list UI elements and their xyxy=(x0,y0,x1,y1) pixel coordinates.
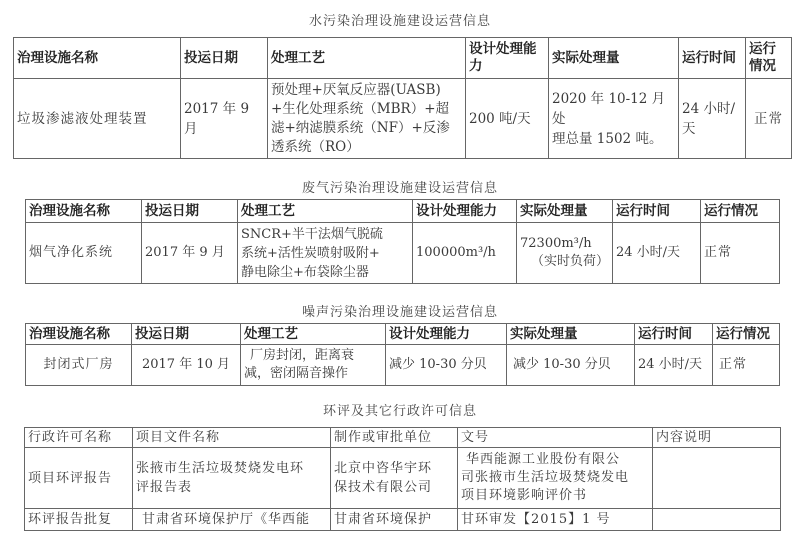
document-line: 项目环境影响评价书 xyxy=(461,487,649,505)
header-design-capacity: 设计处理能力 xyxy=(466,38,549,79)
process-line: 厂房封闭，距离衰 xyxy=(244,347,382,365)
commission-date: 2017 年 9 月 xyxy=(181,79,268,159)
facility-name: 封闭式厂房 xyxy=(26,345,132,386)
issuing-unit-line: 北京中咨华宇环 xyxy=(334,459,454,478)
table-header-row: 行政许可名称 项目文件名称 制作或审批单位 文号 内容说明 xyxy=(25,428,781,448)
file-name-line: 张掖市生活垃圾焚烧发电环 xyxy=(136,459,327,478)
design-capacity: 100000m³/h xyxy=(413,223,517,284)
file-name-line: 甘肃省环境保护厅《华西能 xyxy=(136,510,327,529)
header-commission-date: 投运日期 xyxy=(132,324,241,345)
header-permit-name: 行政许可名称 xyxy=(25,428,133,448)
run-time-cell: 24 小时/ 天 xyxy=(679,79,746,159)
actual-line: 2020 年 10-12 月处 xyxy=(552,89,675,129)
issuing-unit-line: 甘肃省环境保护 xyxy=(334,510,454,529)
permit-name: 环评报告批复 xyxy=(25,509,133,531)
permits-table-title: 环评及其它行政许可信息 xyxy=(0,404,800,420)
actual-line: 72300m³/h xyxy=(520,235,609,253)
process-cell: 厂房封闭，距离衰 减，密闭隔音操作 xyxy=(241,345,386,386)
noise-table-title: 噪声污染治理设施建设运营信息 xyxy=(0,305,800,321)
permit-name: 项目环评报告 xyxy=(25,448,133,509)
run-time: 24 小时/天 xyxy=(613,223,701,284)
header-process: 处理工艺 xyxy=(268,38,466,79)
facility-name: 烟气净化系统 xyxy=(26,223,142,284)
header-content-note: 内容说明 xyxy=(653,428,781,448)
actual-line: （实时负荷） xyxy=(520,253,609,271)
header-actual-volume: 实际处理量 xyxy=(507,324,635,345)
header-status: 运行情况 xyxy=(701,200,780,223)
process-line: 透系统（RO） xyxy=(271,138,462,157)
issuing-unit-cell: 北京中咨华宇环 保技术有限公司 xyxy=(331,448,458,509)
header-status: 运行情况 xyxy=(713,324,780,345)
status: 正常 xyxy=(713,345,780,386)
header-design-capacity: 设计处理能力 xyxy=(413,200,517,223)
status: 正常 xyxy=(746,79,792,159)
header-design-capacity: 设计处理能力 xyxy=(386,324,507,345)
file-name-cell: 甘肃省环境保护厅《华西能 xyxy=(133,509,331,531)
actual-volume-cell: 2020 年 10-12 月处 理总量 1502 吨。 xyxy=(549,79,679,159)
water-table-title: 水污染治理设施建设运营信息 xyxy=(0,14,800,30)
table-row: 封闭式厂房 2017 年 10 月 厂房封闭，距离衰 减，密闭隔音操作 减少 1… xyxy=(26,345,780,386)
status: 正常 xyxy=(701,223,780,284)
document-number-cell: 甘环审发【2015】1 号 xyxy=(458,509,653,531)
table-row: 项目环评报告 张掖市生活垃圾焚烧发电环 评报告表 北京中咨华宇环 保技术有限公司… xyxy=(25,448,781,509)
process-line: 滤+纳滤膜系统（NF）+反渗 xyxy=(271,119,462,138)
issuing-unit-line: 保技术有限公司 xyxy=(334,478,454,497)
header-actual-volume: 实际处理量 xyxy=(517,200,613,223)
air-table-title: 废气污染治理设施建设运营信息 xyxy=(0,181,800,197)
content-note xyxy=(653,509,781,531)
table-row: 环评报告批复 甘肃省环境保护厅《华西能 甘肃省环境保护 甘环审发【2015】1 … xyxy=(25,509,781,531)
header-facility-name: 治理设施名称 xyxy=(26,324,132,345)
run-time: 24 小时/天 xyxy=(635,345,713,386)
file-name-cell: 张掖市生活垃圾焚烧发电环 评报告表 xyxy=(133,448,331,509)
document-line: 华西能源工业股份有限公 xyxy=(461,451,649,469)
water-pollution-table: 治理设施名称 投运日期 处理工艺 设计处理能力 实际处理量 运行时间 运行情况 … xyxy=(13,37,792,159)
header-run-time: 运行时间 xyxy=(613,200,701,223)
header-run-time: 运行时间 xyxy=(679,38,746,79)
run-time-line: 天 xyxy=(682,119,742,139)
process-line: 静电除尘+布袋除尘器 xyxy=(241,263,409,282)
table-row: 烟气净化系统 2017 年 9 月 SNCR+半干法烟气脱硫 系统+活性炭喷射吸… xyxy=(26,223,780,284)
noise-pollution-table: 治理设施名称 投运日期 处理工艺 设计处理能力 实际处理量 运行时间 运行情况 … xyxy=(25,323,780,386)
header-facility-name: 治理设施名称 xyxy=(14,38,181,79)
header-document-number: 文号 xyxy=(458,428,653,448)
process-line: SNCR+半干法烟气脱硫 xyxy=(241,225,409,244)
commission-date: 2017 年 9 月 xyxy=(142,223,238,284)
header-commission-date: 投运日期 xyxy=(181,38,268,79)
actual-line: 理总量 1502 吨。 xyxy=(552,129,675,149)
permits-table: 行政许可名称 项目文件名称 制作或审批单位 文号 内容说明 项目环评报告 张掖市… xyxy=(24,427,781,531)
document-line: 甘环审发【2015】1 号 xyxy=(461,510,649,529)
process-line: 系统+活性炭喷射吸附+ xyxy=(241,244,409,263)
table-header-row: 治理设施名称 投运日期 处理工艺 设计处理能力 实际处理量 运行时间 运行情况 xyxy=(26,200,780,223)
process-line: +生化处理系统（MBR）+超 xyxy=(271,100,462,119)
header-status: 运行情况 xyxy=(746,38,792,79)
header-facility-name: 治理设施名称 xyxy=(26,200,142,223)
table-header-row: 治理设施名称 投运日期 处理工艺 设计处理能力 实际处理量 运行时间 运行情况 xyxy=(26,324,780,345)
table-header-row: 治理设施名称 投运日期 处理工艺 设计处理能力 实际处理量 运行时间 运行情况 xyxy=(14,38,792,79)
header-commission-date: 投运日期 xyxy=(142,200,238,223)
design-capacity: 减少 10-30 分贝 xyxy=(386,345,507,386)
header-process: 处理工艺 xyxy=(241,324,386,345)
header-process: 处理工艺 xyxy=(238,200,413,223)
process-cell: SNCR+半干法烟气脱硫 系统+活性炭喷射吸附+ 静电除尘+布袋除尘器 xyxy=(238,223,413,284)
header-actual-volume: 实际处理量 xyxy=(549,38,679,79)
process-line: 预处理+厌氧反应器(UASB) xyxy=(271,81,462,100)
design-capacity: 200 吨/天 xyxy=(466,79,549,159)
run-time-line: 24 小时/ xyxy=(682,99,742,119)
facility-name: 垃圾渗滤液处理装置 xyxy=(14,79,181,159)
header-run-time: 运行时间 xyxy=(635,324,713,345)
content-note xyxy=(653,448,781,509)
actual-volume: 减少 10-30 分贝 xyxy=(507,345,635,386)
file-name-line: 评报告表 xyxy=(136,478,327,497)
air-pollution-table: 治理设施名称 投运日期 处理工艺 设计处理能力 实际处理量 运行时间 运行情况 … xyxy=(25,199,780,284)
actual-volume-cell: 72300m³/h （实时负荷） xyxy=(517,223,613,284)
issuing-unit-cell: 甘肃省环境保护 xyxy=(331,509,458,531)
document-number-cell: 华西能源工业股份有限公 司张掖市生活垃圾焚烧发电 项目环境影响评价书 xyxy=(458,448,653,509)
process-cell: 预处理+厌氧反应器(UASB) +生化处理系统（MBR）+超 滤+纳滤膜系统（N… xyxy=(268,79,466,159)
commission-date: 2017 年 10 月 xyxy=(132,345,241,386)
header-issuing-unit: 制作或审批单位 xyxy=(331,428,458,448)
document-line: 司张掖市生活垃圾焚烧发电 xyxy=(461,469,649,487)
header-file-name: 项目文件名称 xyxy=(133,428,331,448)
process-line: 减，密闭隔音操作 xyxy=(244,365,382,383)
table-row: 垃圾渗滤液处理装置 2017 年 9 月 预处理+厌氧反应器(UASB) +生化… xyxy=(14,79,792,159)
